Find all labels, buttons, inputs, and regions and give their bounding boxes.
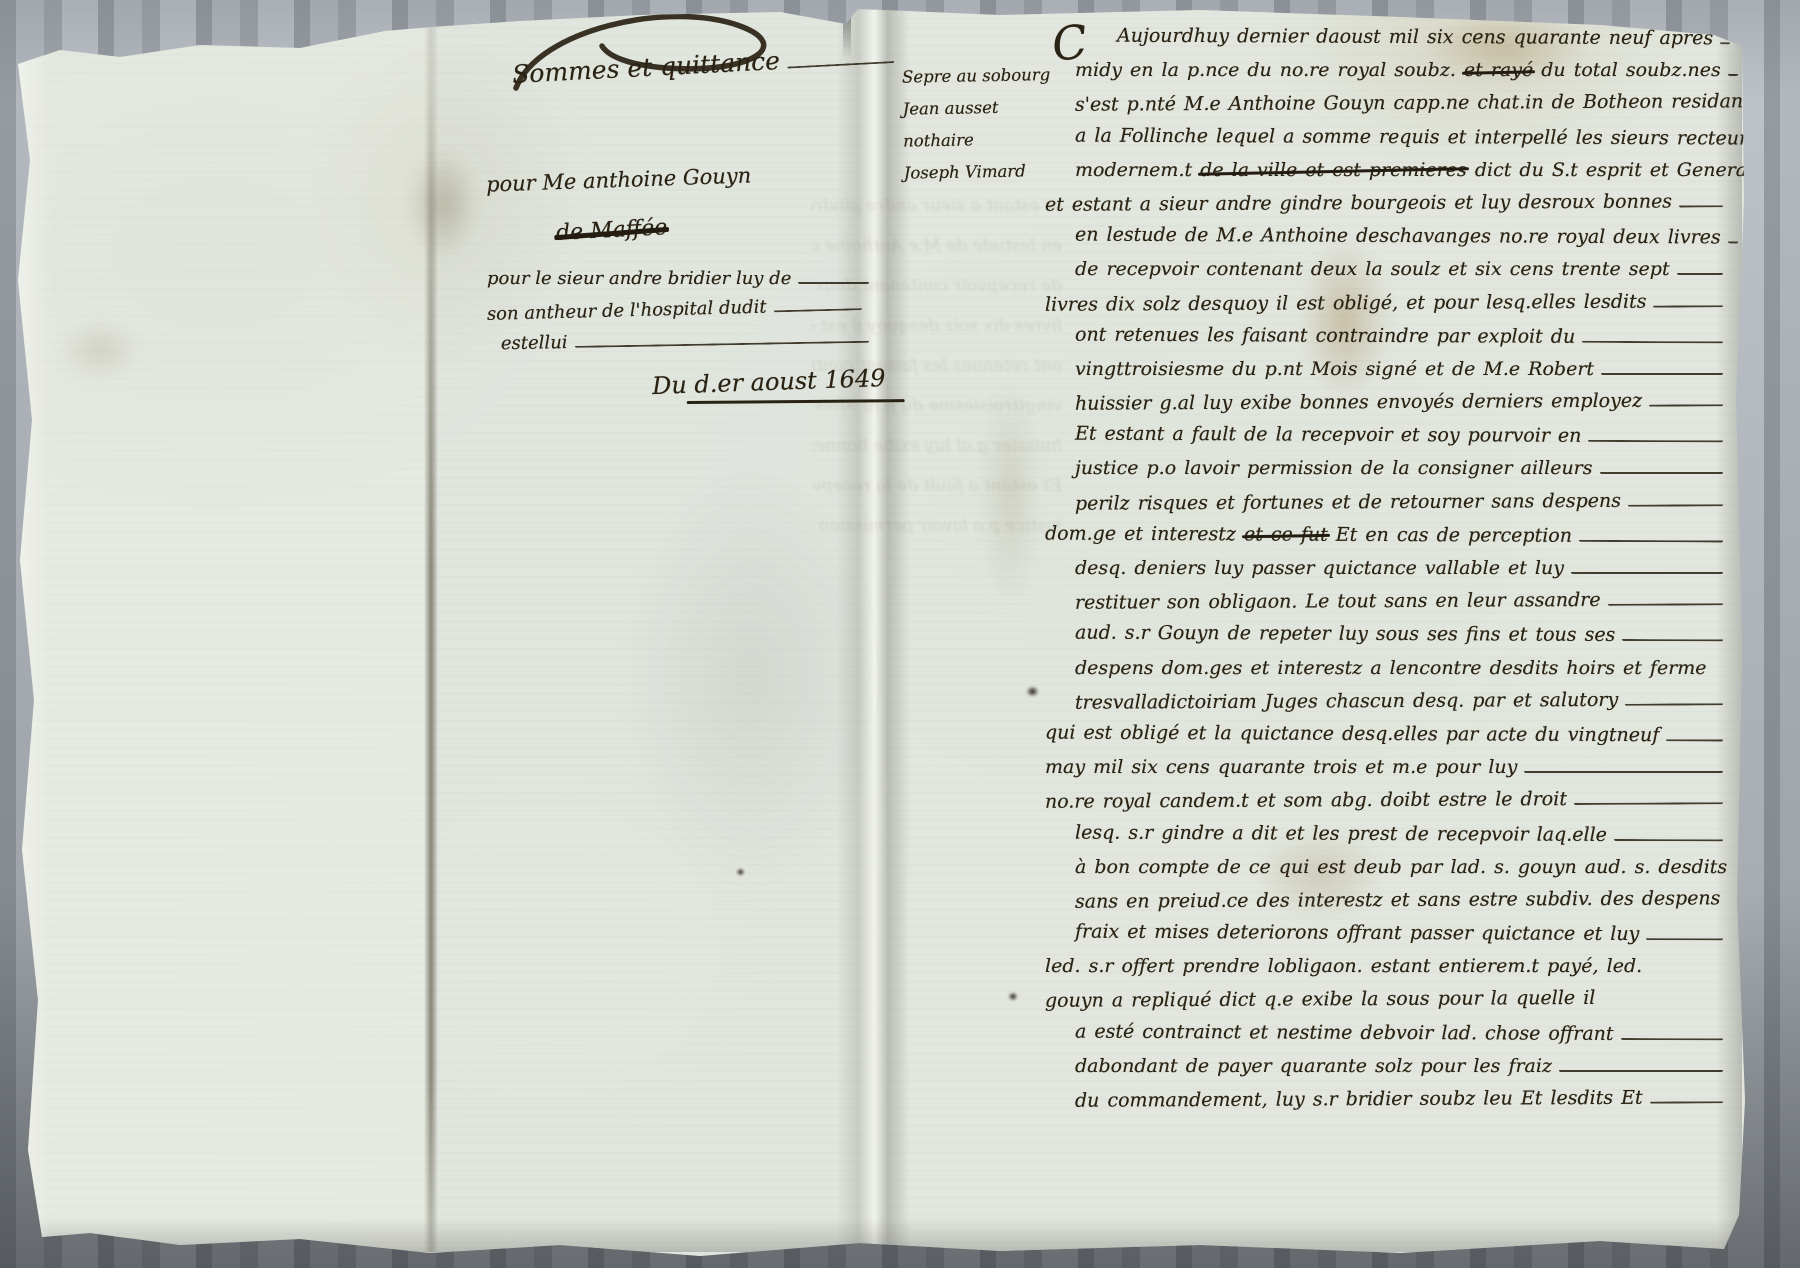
- manuscript-text: no.re royal candem.t et som abg. doibt e…: [1045, 788, 1567, 813]
- manuscript-line-text: dom.ge et interestz et ce fut Et en cas …: [1045, 522, 1572, 546]
- stain: [408, 150, 478, 260]
- struck-text: de la ville et est premieres: [1200, 159, 1467, 181]
- manuscript-line: despens dom.ges et interestz a lencontre…: [1075, 657, 1723, 690]
- docket-note-line: estellui: [501, 327, 869, 364]
- pen-stroke-filler: [1614, 838, 1723, 840]
- pen-stroke-filler: [1649, 404, 1723, 406]
- manuscript-line: modernem.t de la ville et est premieres …: [1075, 159, 1723, 192]
- manuscript-line-text: du commandement, luy s.r bridier soubz l…: [1075, 1087, 1643, 1112]
- pen-stroke-filler: [1571, 572, 1723, 574]
- manuscript-text: tresvalladictoiriam Juges chascun desq. …: [1075, 689, 1618, 714]
- manuscript-text: perilz risques et fortunes et de retourn…: [1075, 489, 1621, 514]
- manuscript-line-text: midy en la p.nce du no.re royal soubz. e…: [1075, 59, 1721, 81]
- manuscript-line: livres dix solz desquoy il est obligé, e…: [1045, 290, 1723, 327]
- manuscript-line-text: desq. deniers luy passer quictance valla…: [1075, 557, 1564, 579]
- manuscript-text: s'est p.nté M.e Anthoine Gouyn capp.ne c…: [1075, 91, 1751, 117]
- pen-stroke-filler: [1588, 440, 1723, 443]
- manuscript-line: may mil six cens quarante trois et m.e p…: [1045, 756, 1723, 789]
- manuscript-line-text: restituer son obligaon. Le tout sans en …: [1075, 589, 1601, 614]
- manuscript-line: perilz risques et fortunes et de retourn…: [1075, 489, 1723, 526]
- manuscript-text: ont retenues les faisant contraindre par…: [1075, 323, 1575, 347]
- manuscript-text: du commandement, luy s.r bridier soubz l…: [1075, 1087, 1643, 1112]
- manuscript-line: de recepvoir contenant deux la soulz et …: [1075, 258, 1723, 291]
- manuscript-text: despens dom.ges et interestz a lencontre…: [1075, 657, 1707, 679]
- manuscript-line: led. s.r offert prendre lobligaon. estan…: [1045, 955, 1723, 988]
- pen-stroke-filler: [1574, 803, 1723, 806]
- manuscript-line-text: a la Follinche lequel a somme requis et …: [1075, 124, 1758, 149]
- pen-stroke-filler: [1524, 771, 1723, 773]
- manuscript-line: midy en la p.nce du no.re royal soubz. e…: [1075, 59, 1723, 92]
- pen-stroke-filler: [1677, 273, 1723, 275]
- docket-note: pour le sieur andre bridier luy de son a…: [487, 268, 869, 361]
- pen-stroke-filler: [1600, 472, 1723, 474]
- manuscript-line-text: s'est p.nté M.e Anthoine Gouyn capp.ne c…: [1075, 91, 1751, 117]
- manuscript-line: no.re royal candem.t et som abg. doibt e…: [1045, 788, 1723, 825]
- manuscript-line: fraix et mises deteriorons offrant passe…: [1075, 921, 1723, 957]
- pen-stroke-filler: [774, 308, 862, 312]
- stain: [980, 380, 1040, 610]
- manuscript-line-text: led. s.r offert prendre lobligaon. estan…: [1045, 955, 1642, 977]
- manuscript-line-text: en lestude de M.e Anthoine deschavanges …: [1075, 224, 1721, 249]
- manuscript-line-text: sans en preiud.ce des interestz et sans …: [1075, 887, 1721, 912]
- manuscript-line: dabondant de payer quarante solz pour le…: [1075, 1055, 1723, 1088]
- manuscript-line-text: despens dom.ges et interestz a lencontre…: [1075, 657, 1707, 679]
- manuscript-text: justice p.o lavoir permission de la cons…: [1075, 457, 1593, 479]
- manuscript-line-text: de recepvoir contenant deux la soulz et …: [1075, 258, 1670, 280]
- manuscript-text: et estant a sieur andre gindre bourgeois…: [1045, 190, 1672, 215]
- manuscript-line-text: fraix et mises deteriorons offrant passe…: [1075, 921, 1639, 945]
- manuscript-line: a la Follinche lequel a somme requis et …: [1075, 124, 1723, 160]
- manuscript-text: desq. deniers luy passer quictance valla…: [1075, 557, 1564, 579]
- margin-note-line: Jean ausset: [902, 96, 1088, 131]
- manuscript-text: midy en la p.nce du no.re royal soubz.: [1075, 59, 1464, 81]
- manuscript-line: restituer son obligaon. Le tout sans en …: [1075, 588, 1723, 625]
- manuscript-text: huissier g.al luy exibe bonnes envoyés d…: [1075, 390, 1642, 415]
- manuscript-text: aud. s.r Gouyn de repeter luy sous ses f…: [1075, 622, 1615, 646]
- pen-stroke-filler: [1653, 305, 1723, 307]
- margin-note-line: nothaire: [903, 128, 1089, 163]
- manuscript-text: led. s.r offert prendre lobligaon. estan…: [1045, 955, 1642, 977]
- manuscript-line-text: huissier g.al luy exibe bonnes envoyés d…: [1075, 390, 1642, 415]
- manuscript-text: de recepvoir contenant deux la soulz et …: [1075, 258, 1670, 280]
- manuscript-line-text: modernem.t de la ville et est premieres …: [1075, 159, 1753, 181]
- manuscript-line-text: livres dix solz desquoy il est obligé, e…: [1045, 290, 1647, 315]
- manuscript-line: desq. deniers luy passer quictance valla…: [1075, 557, 1723, 590]
- manuscript-line-text: tresvalladictoiriam Juges chascun desq. …: [1075, 689, 1618, 714]
- manuscript-line: s'est p.nté M.e Anthoine Gouyn capp.ne c…: [1075, 91, 1723, 128]
- margin-note-line: Joseph Vimard: [904, 160, 1090, 195]
- manuscript-line: aud. s.r Gouyn de repeter luy sous ses f…: [1075, 622, 1723, 658]
- manuscript-text: fraix et mises deteriorons offrant passe…: [1075, 921, 1639, 945]
- pen-stroke-filler: [1728, 242, 1738, 244]
- margin-note: Sepre au sobourgJean aussetnothaireJosep…: [902, 64, 1089, 195]
- manuscript-text: a esté contrainct et nestime debvoir lad…: [1075, 1020, 1614, 1044]
- docket-note-line: pour le sieur andre bridier luy de: [487, 268, 869, 299]
- manuscript-line-text: gouyn a repliqué dict q.e exibe la sous …: [1045, 987, 1595, 1012]
- pen-stroke-filler: [575, 341, 869, 348]
- manuscript-line: en lestude de M.e Anthoine deschavanges …: [1075, 224, 1723, 260]
- pen-stroke-filler: [1608, 603, 1723, 606]
- pen-stroke-filler: [1601, 373, 1723, 375]
- manuscript-text: a la Follinche lequel a somme requis et …: [1075, 124, 1758, 149]
- pen-stroke-filler: [1582, 340, 1723, 343]
- manuscript-text: Et estant a fault de la recepvoir et soy…: [1075, 423, 1582, 447]
- manuscript-line-text: aud. s.r Gouyn de repeter luy sous ses f…: [1075, 622, 1615, 646]
- manuscript-text: Et en cas de perception: [1328, 524, 1572, 547]
- manuscript-text: may mil six cens quarante trois et m.e p…: [1045, 756, 1517, 778]
- docket-note-text: son antheur de l'hospital dudit: [487, 297, 767, 325]
- manuscript-line: Aujourdhuy dernier daoust mil six cens q…: [1117, 25, 1723, 61]
- manuscript-text: du total soubz.nes: [1533, 59, 1721, 81]
- manuscript-line: qui est obligé et la quictance desq.elle…: [1045, 721, 1723, 757]
- manuscript-text: en lestude de M.e Anthoine deschavanges …: [1075, 224, 1721, 249]
- pen-stroke-filler: [1679, 205, 1723, 207]
- manuscript-line-text: lesq. s.r gindre a dit et les prest de r…: [1075, 821, 1607, 845]
- folded-paper-document: et estant a sieur andre gindre bourgeois…: [0, 0, 1800, 1268]
- manuscript-line: gouyn a repliqué dict q.e exibe la sous …: [1045, 987, 1723, 1024]
- manuscript-line-text: qui est obligé et la quictance desq.elle…: [1045, 721, 1659, 746]
- manuscript-line-text: vingttroisiesme du p.nt Mois signé et de…: [1075, 358, 1594, 380]
- pen-stroke-filler: [1621, 1038, 1723, 1040]
- manuscript-text: qui est obligé et la quictance desq.elle…: [1045, 721, 1659, 746]
- pen-stroke-filler: [787, 61, 894, 69]
- manuscript-line-text: perilz risques et fortunes et de retourn…: [1075, 489, 1621, 514]
- manuscript-text: sans en preiud.ce des interestz et sans …: [1075, 887, 1721, 912]
- pen-stroke-filler: [1646, 938, 1723, 940]
- manuscript-line: à bon compte de ce qui est deub par lad.…: [1075, 856, 1723, 889]
- docket-note-text: pour le sieur andre bridier luy de: [487, 268, 791, 289]
- struck-text: et rayé: [1464, 59, 1533, 81]
- manuscript-line-text: à bon compte de ce qui est deub par lad.…: [1075, 856, 1727, 878]
- struck-text: et ce fut: [1244, 523, 1328, 545]
- manuscript-line: Et estant a fault de la recepvoir et soy…: [1075, 423, 1723, 459]
- manuscript-line: ont retenues les faisant contraindre par…: [1075, 323, 1723, 359]
- stain: [60, 320, 140, 380]
- cover-panel: [0, 0, 433, 1268]
- ink-blot: [1008, 992, 1018, 1001]
- manuscript-line: a esté contrainct et nestime debvoir lad…: [1075, 1020, 1723, 1056]
- ink-blot: [1026, 686, 1039, 697]
- manuscript-photo: et estant a sieur andre gindre bourgeois…: [0, 0, 1800, 1268]
- manuscript-text: dict du S.t esprit et General: [1467, 159, 1753, 181]
- pen-stroke-filler: [1728, 74, 1738, 76]
- manuscript-line: justice p.o lavoir permission de la cons…: [1075, 457, 1723, 490]
- manuscript-text: à bon compte de ce qui est deub par lad.…: [1075, 856, 1727, 878]
- manuscript-line: lesq. s.r gindre a dit et les prest de r…: [1075, 821, 1723, 857]
- pen-stroke-filler: [1579, 540, 1723, 543]
- manuscript-line-text: justice p.o lavoir permission de la cons…: [1075, 457, 1593, 479]
- ink-blot: [736, 868, 745, 876]
- stain: [620, 470, 880, 890]
- manuscript-text: dom.ge et interestz: [1045, 522, 1244, 545]
- manuscript-line: tresvalladictoiriam Juges chascun desq. …: [1075, 688, 1723, 725]
- act-text-block: Aujourdhuy dernier daoust mil six cens q…: [1075, 26, 1723, 1121]
- pen-stroke-filler: [1625, 703, 1723, 706]
- manuscript-line: et estant a sieur andre gindre bourgeois…: [1045, 190, 1723, 227]
- manuscript-text: gouyn a repliqué dict q.e exibe la sous …: [1045, 987, 1595, 1012]
- manuscript-line-text: a esté contrainct et nestime debvoir lad…: [1075, 1020, 1614, 1044]
- pen-stroke-filler: [1622, 639, 1723, 641]
- manuscript-line-text: may mil six cens quarante trois et m.e p…: [1045, 756, 1517, 778]
- manuscript-line-text: et estant a sieur andre gindre bourgeois…: [1045, 190, 1672, 215]
- manuscript-text: livres dix solz desquoy il est obligé, e…: [1045, 290, 1647, 315]
- manuscript-line-text: dabondant de payer quarante solz pour le…: [1075, 1055, 1552, 1077]
- manuscript-line: vingttroisiesme du p.nt Mois signé et de…: [1075, 358, 1723, 391]
- manuscript-line-text: Et estant a fault de la recepvoir et soy…: [1075, 423, 1582, 447]
- pen-stroke-filler: [1720, 42, 1730, 44]
- manuscript-text: modernem.t: [1075, 159, 1200, 181]
- manuscript-line-text: no.re royal candem.t et som abg. doibt e…: [1045, 788, 1567, 813]
- manuscript-line-text: ont retenues les faisant contraindre par…: [1075, 323, 1575, 347]
- manuscript-line: du commandement, luy s.r bridier soubz l…: [1075, 1086, 1723, 1123]
- manuscript-line-text: Aujourdhuy dernier daoust mil six cens q…: [1117, 25, 1713, 50]
- manuscript-line: sans en preiud.ce des interestz et sans …: [1075, 887, 1723, 924]
- manuscript-text: vingttroisiesme du p.nt Mois signé et de…: [1075, 358, 1594, 380]
- manuscript-text: lesq. s.r gindre a dit et les prest de r…: [1075, 821, 1607, 845]
- pen-stroke-filler: [798, 282, 869, 284]
- manuscript-text: dabondant de payer quarante solz pour le…: [1075, 1055, 1552, 1077]
- manuscript-line: huissier g.al luy exibe bonnes envoyés d…: [1075, 389, 1723, 426]
- manuscript-text: Aujourdhuy dernier daoust mil six cens q…: [1117, 25, 1713, 50]
- pen-stroke-filler: [1650, 1101, 1723, 1103]
- pen-stroke-filler: [1559, 1070, 1723, 1072]
- manuscript-line: dom.ge et interestz et ce fut Et en cas …: [1045, 522, 1723, 558]
- pen-stroke-filler: [1628, 504, 1723, 506]
- docket-note-text: estellui: [501, 332, 568, 354]
- manuscript-text: restituer son obligaon. Le tout sans en …: [1075, 589, 1601, 614]
- pen-stroke-filler: [1666, 739, 1723, 741]
